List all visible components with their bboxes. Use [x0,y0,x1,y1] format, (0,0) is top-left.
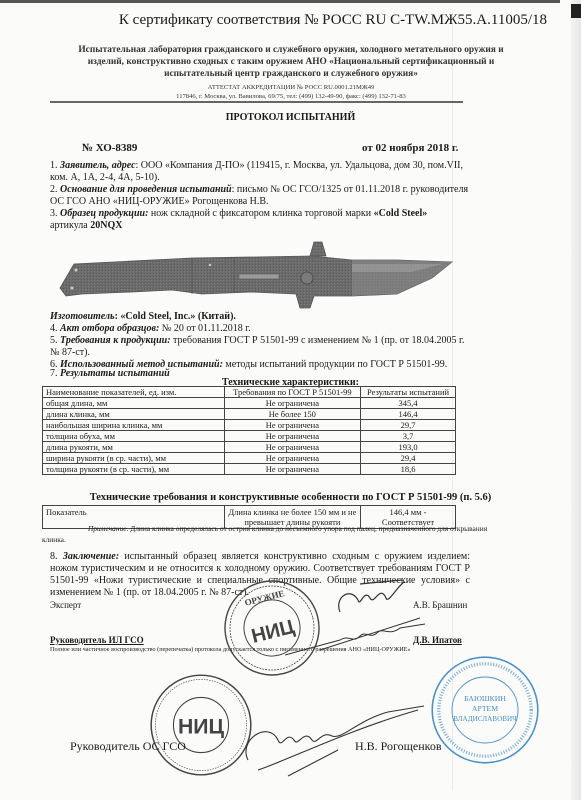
item-key: Образец продукции: [60,208,148,219]
table-row: общая длина, ммНе ограничена345,4 [43,398,456,409]
table-cell: толщина рукояти (в ср. части), мм [43,464,225,475]
item-basis: 2. Основание для проведения испытаний: п… [50,184,470,208]
svg-text:ВЛАДИСЛАВОВИЧ: ВЛАДИСЛАВОВИЧ [453,715,517,723]
article-label: артикула [50,220,90,231]
table-cell: 193,0 [361,442,456,453]
table-cell: 29,7 [361,420,456,431]
table-cell: Не ограничена [224,464,360,475]
certificate-reference: К сертификату соответствия № РОСС RU C-T… [119,12,547,29]
table-row: ширина рукояти (в ср. части), ммНе огран… [43,453,456,464]
column-header: Результаты испытаний [361,387,456,398]
item-value: № 20 от 01.11.2018 г. [159,323,250,334]
item-number: 4. [50,323,60,334]
item-applicant: 1. Заявитель, адрес: ООО «Компания Д-ПО»… [50,160,470,184]
lab-line: Испытательная лаборатория гражданского и… [60,44,522,56]
column-header: Наименование показателей, ед. изм. [43,387,225,398]
document-page: К сертификату соответствия № РОСС RU C-T… [0,0,581,800]
head-cert-body-role: Руководитель ОС ГСО [70,739,186,754]
stamp-blue-ip: БАЮШКИН АРТЕМ ВЛАДИСЛАВОВИЧ [430,655,540,765]
table-cell: 345,4 [361,398,456,409]
conclusion-label: Заключение: [63,551,119,562]
protocol-title: ПРОТОКОЛ ИСПЫТАНИЙ [0,112,581,123]
item-number: 2. [50,184,60,195]
item-key: Заявитель, адрес [60,160,136,171]
table-header-row: Наименование показателей, ед. изм. Требо… [43,387,456,398]
table-cell: ширина рукояти (в ср. части), мм [43,453,225,464]
brand-name: «Cold Steel» [374,208,428,219]
svg-text:АРТЕМ: АРТЕМ [472,704,498,713]
table-row: толщина рукояти (в ср. части), ммНе огра… [43,464,456,475]
table-cell: общая длина, мм [43,398,225,409]
item-number: 3. [50,208,60,219]
table-cell: толщина обуха, мм [43,431,225,442]
table-cell: наибольшая ширина клинка, мм [43,420,225,431]
table-cell: 146,4 [361,409,456,420]
item-requirements: 5. Требования к продукции: требования ГО… [50,335,470,359]
protocol-number: № ХО-8389 [82,142,137,154]
table-cell: 18,6 [361,464,456,475]
item-number: 1. [50,160,60,171]
note: Примечание. Длина клинка определялась от… [42,523,510,545]
lab-line: испытательный центр гражданского и служе… [60,68,522,80]
item-sample: 3. Образец продукции: нож складной с фик… [50,208,470,232]
table-cell: Не более 150 [224,409,360,420]
item-value: нож складной с фиксатором клинка торгово… [148,208,373,219]
table-row: толщина обуха, ммНе ограничена3,7 [43,431,456,442]
table-cell: Не ограничена [224,442,360,453]
table-row: длина рукояти, ммНе ограничена193,0 [43,442,456,453]
item-manufacturer: Изготовитель: «Cold Steel, Inc.» (Китай)… [50,311,470,323]
note-label: Примечание. [88,524,128,533]
item-key: Требования к продукции: [60,335,171,346]
header-divider [50,101,463,103]
accreditation-block: АТТЕСТАТ АККРЕДИТАЦИИ № РОСС RU.0001.21М… [60,83,522,101]
svg-text:НИЦ: НИЦ [178,715,225,738]
item-key: Акт отбора образцов: [60,323,159,334]
table-cell: Не ограничена [224,398,360,409]
article-number: 20NQX [90,220,122,231]
lab-line: изделий, конструктивно сходных с таким о… [60,56,522,68]
head-cert-body-name: Н.В. Рогощенков [355,739,442,754]
table-cell: длина клинка, мм [43,409,225,420]
table-cell: 29,4 [361,453,456,464]
item-key: Изготовитель [50,311,115,322]
table-cell: 3,7 [361,431,456,442]
item-number: 5. [50,335,60,346]
accreditation-number: АТТЕСТАТ АККРЕДИТАЦИИ № РОСС RU.0001.21М… [60,83,522,92]
scan-mark [571,4,581,18]
table-cell: Не ограничена [224,453,360,464]
specs-table: Наименование показателей, ед. изм. Требо… [42,386,456,475]
expert-role: Эксперт [50,600,81,610]
table-row: длина клинка, ммНе более 150146,4 [43,409,456,420]
column-header: Требования по ГОСТ Р 51501-99 [224,387,360,398]
head-lab-signature [280,610,430,660]
scan-edge [0,0,560,3]
table-cell: длина рукояти, мм [43,442,225,453]
expert-name: А.В. Брашнин [413,600,467,610]
protocol-date: от 02 ноября 2018 г. [362,142,458,154]
table-cell: Не ограничена [224,420,360,431]
item-number: 8. [50,551,63,562]
svg-text:БАЮШКИН: БАЮШКИН [464,694,506,703]
item-act: 4. Акт отбора образцов: № 20 от 01.11.20… [50,323,470,335]
table-row: наибольшая ширина клинка, ммНе ограничен… [43,420,456,431]
requirements-caption: Технические требования и конструктивные … [0,492,581,503]
item-key: Основание для проведения испытаний [60,184,232,195]
lab-address: 117846, г. Москва, ул. Вавилова, 69/75, … [60,92,522,101]
head-lab-role: Руководитель ИЛ ГСО [50,635,144,645]
svg-text:ОРУЖИЕ: ОРУЖИЕ [244,588,286,608]
table-cell: Не ограничена [224,431,360,442]
laboratory-name: Испытательная лаборатория гражданского и… [60,44,522,80]
knife-image [52,238,462,312]
item-value: : «Cold Steel, Inc.» (Китай). [115,311,236,322]
